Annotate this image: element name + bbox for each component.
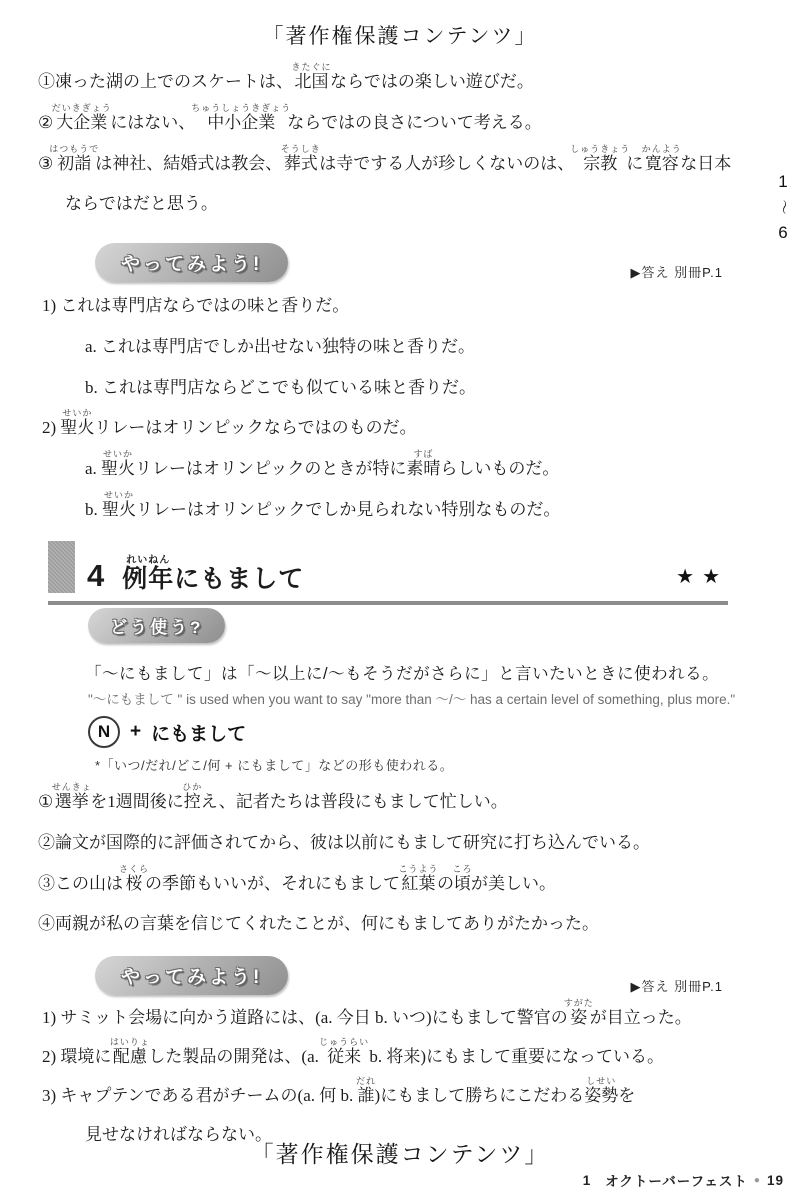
footer-unit-title: オクトーバーフェスト [605, 1170, 748, 1190]
footer-dot-icon: ● [754, 1175, 761, 1186]
question-stem: 1) これは専門店ならではの味と香りだ。 [42, 286, 772, 327]
example-sentence: ④両親が私の言葉を信じてくれたことが、何にもましてありがたかった。 [38, 904, 778, 945]
usage-explanation-jp: 「〜にもまして」は「〜以上に/〜もそうだがさらに」と言いたいときに使われる。 [85, 660, 765, 684]
question-stem: 1) サミット会場に向かう道路には、(a. 今日 b. いつ)にもまして警官の姿… [42, 998, 792, 1037]
try-it-badge: やってみよう! [95, 956, 288, 995]
section-header: 4 例年れいねんにもまして ★★ [48, 541, 728, 605]
how-to-use-badge: どう使う? [88, 608, 225, 643]
part-of-speech-circle: N [88, 716, 120, 748]
section-title: 例年れいねんにもまして [122, 555, 304, 594]
answer-reference: ▶答え 別冊P.1 [631, 976, 723, 995]
question-option-b: b. 聖火せいかリレーはオリンピックでしか見られない特別なものだ。 [42, 490, 772, 531]
unit-range-end: 6 [772, 219, 794, 246]
example-sentence: ②大企業だいきぎょうにはない、中小企業ちゅうしょうきぎょうならではの良さについて… [38, 103, 758, 144]
section-number: 4 [87, 560, 104, 593]
grammar-formula: N + にもまして [88, 716, 246, 748]
formula-phrase: にもまして [151, 719, 246, 746]
example-sentence: ①選挙せんきょを1週間後に控ひかえ、記者たちは普段にもまして忙しい。 [38, 782, 778, 823]
question-option-b: b. これは専門店ならどこでも似ている味と香りだ。 [42, 368, 772, 409]
example-sentence: ①凍った湖の上でのスケートは、北国きたぐにならではの楽しい遊びだ。 [38, 62, 758, 103]
usage-note: *「いつ/だれ/どこ/何 + にもまして」などの形も使われる。 [95, 755, 453, 774]
naradewa-practice-questions: 1) これは専門店ならではの味と香りだ。 a. これは専門店でしか出せない独特の… [42, 286, 772, 531]
unit-range-tilde: 〜 [771, 196, 795, 218]
question-stem: 2) 環境に配慮はいりょした製品の開発は、(a. 従来じゅうらい b. 将来)に… [42, 1037, 792, 1076]
nimomashite-example-sentences: ①選挙せんきょを1週間後に控ひかえ、記者たちは普段にもまして忙しい。 ②論文が国… [38, 782, 778, 945]
example-sentence: ③この山は桜さくらの季節もいいが、それにもまして紅葉こうようの頃ころが美しい。 [38, 864, 778, 905]
question-stem: 3) キャプテンである君がチームの(a. 何 b. 誰だれ)にもまして勝ちにこだ… [42, 1076, 792, 1115]
unit-range-start: 1 [772, 168, 794, 195]
copyright-watermark-top: 「著作権保護コンテンツ」 [0, 20, 800, 50]
example-sentence-continuation: ならではだと思う。 [38, 184, 758, 225]
section-number-block [48, 541, 75, 593]
example-sentence: ③初詣はつもうでは神社、結婚式は教会、葬式そうしきは寺でする人が珍しくないのは、… [38, 144, 758, 185]
footer-page-number: 19 [767, 1173, 784, 1188]
footer-unit-number: 1 [583, 1173, 592, 1188]
copyright-watermark-bottom: 「著作権保護コンテンツ」 [0, 1136, 800, 1169]
unit-range-tab: 1 〜 6 [772, 168, 794, 246]
formula-connector: + [130, 721, 141, 743]
example-sentence: ②論文が国際的に評価されてから、彼は以前にもまして研究に打ち込んでいる。 [38, 823, 778, 864]
difficulty-stars: ★★ [676, 564, 728, 593]
usage-explanation-en: "〜にもまして " is used when you want to say "… [88, 688, 778, 708]
try-it-badge: やってみよう! [95, 243, 288, 282]
answer-reference: ▶答え 別冊P.1 [631, 262, 723, 281]
question-option-a: a. これは専門店でしか出せない独特の味と香りだ。 [42, 327, 772, 368]
nimomashite-practice-questions: 1) サミット会場に向かう道路には、(a. 今日 b. いつ)にもまして警官の姿… [42, 998, 792, 1154]
naradewa-example-sentences: ①凍った湖の上でのスケートは、北国きたぐにならではの楽しい遊びだ。 ②大企業だい… [38, 62, 758, 225]
question-option-a: a. 聖火せいかリレーはオリンピックのときが特に素晴すばらしいものだ。 [42, 449, 772, 490]
question-stem: 2) 聖火せいかリレーはオリンピックならではのものだ。 [42, 408, 772, 449]
page-footer: 1 オクトーバーフェスト ● 19 [583, 1170, 784, 1190]
textbook-page: 「著作権保護コンテンツ」 1 〜 6 ①凍った湖の上でのスケートは、北国きたぐに… [0, 0, 800, 1201]
